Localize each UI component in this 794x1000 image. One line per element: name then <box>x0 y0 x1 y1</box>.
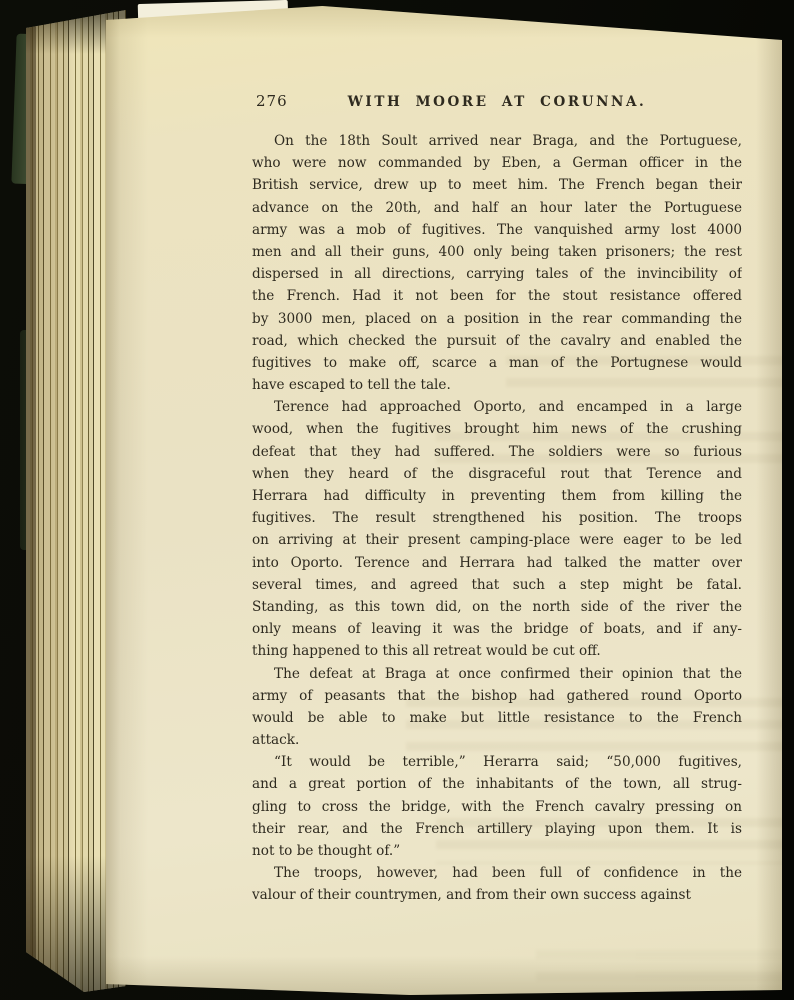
text-line: would be able to make but little resista… <box>252 707 742 729</box>
text-line: attack. <box>252 729 742 751</box>
scanned-book-photo: 276 WITH MOORE AT CORUNNA. On the 18th S… <box>0 0 794 1000</box>
ink-showthrough <box>536 950 794 986</box>
text-line: The troops, however, had been full of co… <box>252 862 742 884</box>
running-title: WITH MOORE AT CORUNNA. <box>252 92 742 110</box>
text-line: gling to cross the bridge, with the Fren… <box>252 796 742 818</box>
running-head: 276 WITH MOORE AT CORUNNA. <box>252 92 742 114</box>
text-line: their rear, and the French artillery pla… <box>252 818 742 840</box>
text-line: into Oporto. Terence and Herrara had tal… <box>252 552 742 574</box>
text-line: advance on the 20th, and half an hour la… <box>252 197 742 219</box>
text-line: road, which checked the pursuit of the c… <box>252 330 742 352</box>
text-line: British service, drew up to meet him. Th… <box>252 174 742 196</box>
text-line: valour of their countrymen, and from the… <box>252 884 742 906</box>
text-line: the French. Had it not been for the stou… <box>252 285 742 307</box>
text-line: and a great portion of the inhabitants o… <box>252 773 742 795</box>
page-body: On the 18th Soult arrived near Braga, an… <box>252 130 742 907</box>
text-line: not to be thought of.” <box>252 840 742 862</box>
text-line: fugitives. The result strengthened his p… <box>252 507 742 529</box>
text-line: men and all their guns, 400 only being t… <box>252 241 742 263</box>
text-line: “It would be terrible,” Herarra said; “5… <box>252 751 742 773</box>
text-line: wood, when the fugitives brought him new… <box>252 418 742 440</box>
text-line: Herrara had difficulty in preventing the… <box>252 485 742 507</box>
text-line: army of peasants that the bishop had gat… <box>252 685 742 707</box>
text-line: The defeat at Braga at once confirmed th… <box>252 663 742 685</box>
text-line: fugitives to make off, scarce a man of t… <box>252 352 742 374</box>
printed-content: 276 WITH MOORE AT CORUNNA. On the 18th S… <box>252 92 742 907</box>
text-line: when they heard of the disgraceful rout … <box>252 463 742 485</box>
text-line: dispersed in all directions, carrying ta… <box>252 263 742 285</box>
text-line: only means of leaving it was the bridge … <box>252 618 742 640</box>
text-line: several times, and agreed that such a st… <box>252 574 742 596</box>
text-line: army was a mob of fugitives. The vanquis… <box>252 219 742 241</box>
text-line: defeat that they had suffered. The soldi… <box>252 441 742 463</box>
book-page: 276 WITH MOORE AT CORUNNA. On the 18th S… <box>106 4 782 996</box>
text-line: Terence had approached Oporto, and encam… <box>252 396 742 418</box>
text-line: Standing, as this town did, on the north… <box>252 596 742 618</box>
text-line: who were now commanded by Eben, a German… <box>252 152 742 174</box>
text-line: on arriving at their present camping-pla… <box>252 529 742 551</box>
page-number: 276 <box>256 92 288 110</box>
text-line: by 3000 men, placed on a position in the… <box>252 308 742 330</box>
text-line: thing happened to this all retreat would… <box>252 640 742 662</box>
text-line: On the 18th Soult arrived near Braga, an… <box>252 130 742 152</box>
text-line: have escaped to tell the tale. <box>252 374 742 396</box>
